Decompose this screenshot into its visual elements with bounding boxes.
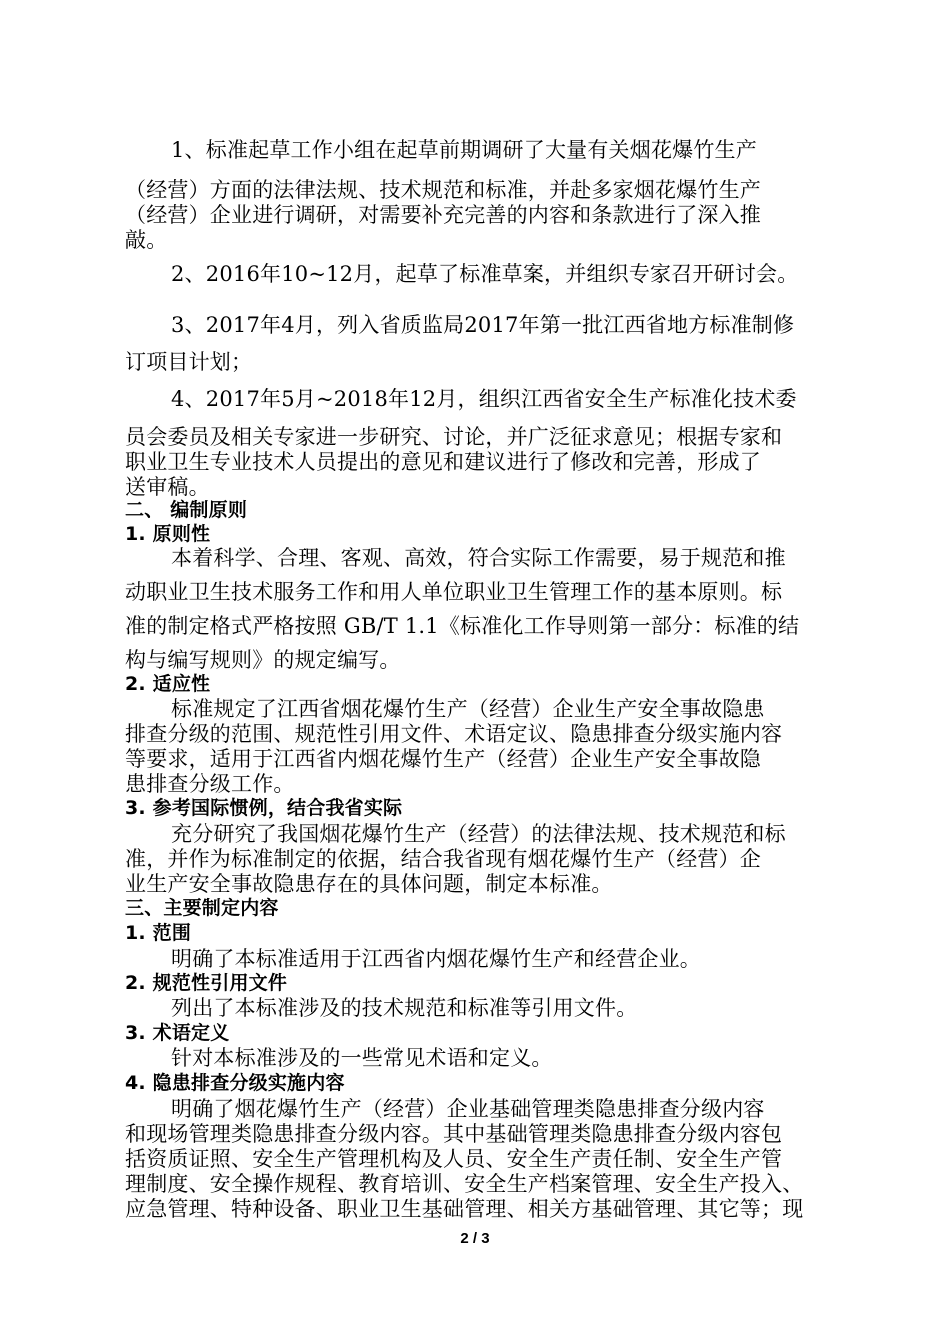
paragraph-line: 员会委员及相关专家进一步研究、讨论，并广泛征求意见；根据专家和 xyxy=(125,425,865,449)
section-heading: 3. 术语定义 xyxy=(125,1021,865,1045)
paragraph-line: 4、2017年5月~2018年12月，组织江西省安全生产标准化技术委 xyxy=(171,387,911,411)
section-heading: 三、主要制定内容 xyxy=(125,896,865,920)
paragraph-line: 2、2016年10~12月，起草了标准草案，并组织专家召开研讨会。 xyxy=(171,262,911,286)
paragraph-line: 和现场管理类隐患排查分级内容。其中基础管理类隐患排查分级内容包 xyxy=(125,1122,865,1146)
document-page: 1、标准起草工作小组在起草前期调研了大量有关烟花爆竹生产（经营）方面的法律法规、… xyxy=(0,0,950,1344)
paragraph-line: 构与编写规则》的规定编写。 xyxy=(125,648,865,672)
paragraph-line: （经营）方面的法律法规、技术规范和标准，并赴多家烟花爆竹生产 xyxy=(125,178,865,202)
paragraph-line: 职业卫生专业技术人员提出的意见和建议进行了修改和完善，形成了 xyxy=(125,450,865,474)
paragraph-line: 明确了烟花爆竹生产（经营）企业基础管理类隐患排查分级内容 xyxy=(171,1097,911,1121)
section-heading: 3. 参考国际惯例，结合我省实际 xyxy=(125,796,865,820)
paragraph-line: 理制度、安全操作规程、教育培训、安全生产档案管理、安全生产投入、 xyxy=(125,1172,865,1196)
paragraph-line: 针对本标准涉及的一些常见术语和定义。 xyxy=(171,1046,911,1070)
paragraph-line: 准，并作为标准制定的依据，结合我省现有烟花爆竹生产（经营）企 xyxy=(125,847,865,871)
section-heading: 1. 原则性 xyxy=(125,522,865,546)
paragraph-line: 列出了本标准涉及的技术规范和标准等引用文件。 xyxy=(171,996,911,1020)
section-heading: 2. 适应性 xyxy=(125,672,865,696)
section-heading: 二、 编制原则 xyxy=(125,498,865,522)
section-heading: 1. 范围 xyxy=(125,921,865,945)
paragraph-line: 排查分级的范围、规范性引用文件、术语定议、隐患排查分级实施内容 xyxy=(125,722,865,746)
paragraph-line: 充分研究了我国烟花爆竹生产（经营）的法律法规、技术规范和标 xyxy=(171,822,911,846)
paragraph-line: 患排查分级工作。 xyxy=(125,772,865,796)
paragraph-line: 标准规定了江西省烟花爆竹生产（经营）企业生产安全事故隐患 xyxy=(171,697,911,721)
paragraph-line: 准的制定格式严格按照 GB/T 1.1《标准化工作导则第一部分：标准的结 xyxy=(125,614,865,638)
section-heading: 4. 隐患排查分级实施内容 xyxy=(125,1071,865,1095)
paragraph-line: 业生产安全事故隐患存在的具体问题，制定本标准。 xyxy=(125,872,865,896)
paragraph-line: 明确了本标准适用于江西省内烟花爆竹生产和经营企业。 xyxy=(171,947,911,971)
paragraph-line: 本着科学、合理、客观、高效，符合实际工作需要，易于规范和推 xyxy=(171,546,911,570)
paragraph-line: 订项目计划； xyxy=(125,350,865,374)
paragraph-line: 3、2017年4月，列入省质监局2017年第一批江西省地方标准制修 xyxy=(171,313,911,337)
paragraph-line: 1、标准起草工作小组在起草前期调研了大量有关烟花爆竹生产 xyxy=(171,138,911,162)
paragraph-line: 动职业卫生技术服务工作和用人单位职业卫生管理工作的基本原则。标 xyxy=(125,580,865,604)
paragraph-line: 等要求，适用于江西省内烟花爆竹生产（经营）企业生产安全事故隐 xyxy=(125,747,865,771)
paragraph-line: 敲。 xyxy=(125,228,865,252)
page-number: 2 / 3 xyxy=(0,1230,950,1247)
paragraph-line: 送审稿。 xyxy=(125,475,865,499)
section-heading: 2. 规范性引用文件 xyxy=(125,971,865,995)
paragraph-line: （经营）企业进行调研，对需要补充完善的内容和条款进行了深入推 xyxy=(125,203,865,227)
paragraph-line: 应急管理、特种设备、职业卫生基础管理、相关方基础管理、其它等；现 xyxy=(125,1197,865,1221)
paragraph-line: 括资质证照、安全生产管理机构及人员、安全生产责任制、安全生产管 xyxy=(125,1147,865,1171)
